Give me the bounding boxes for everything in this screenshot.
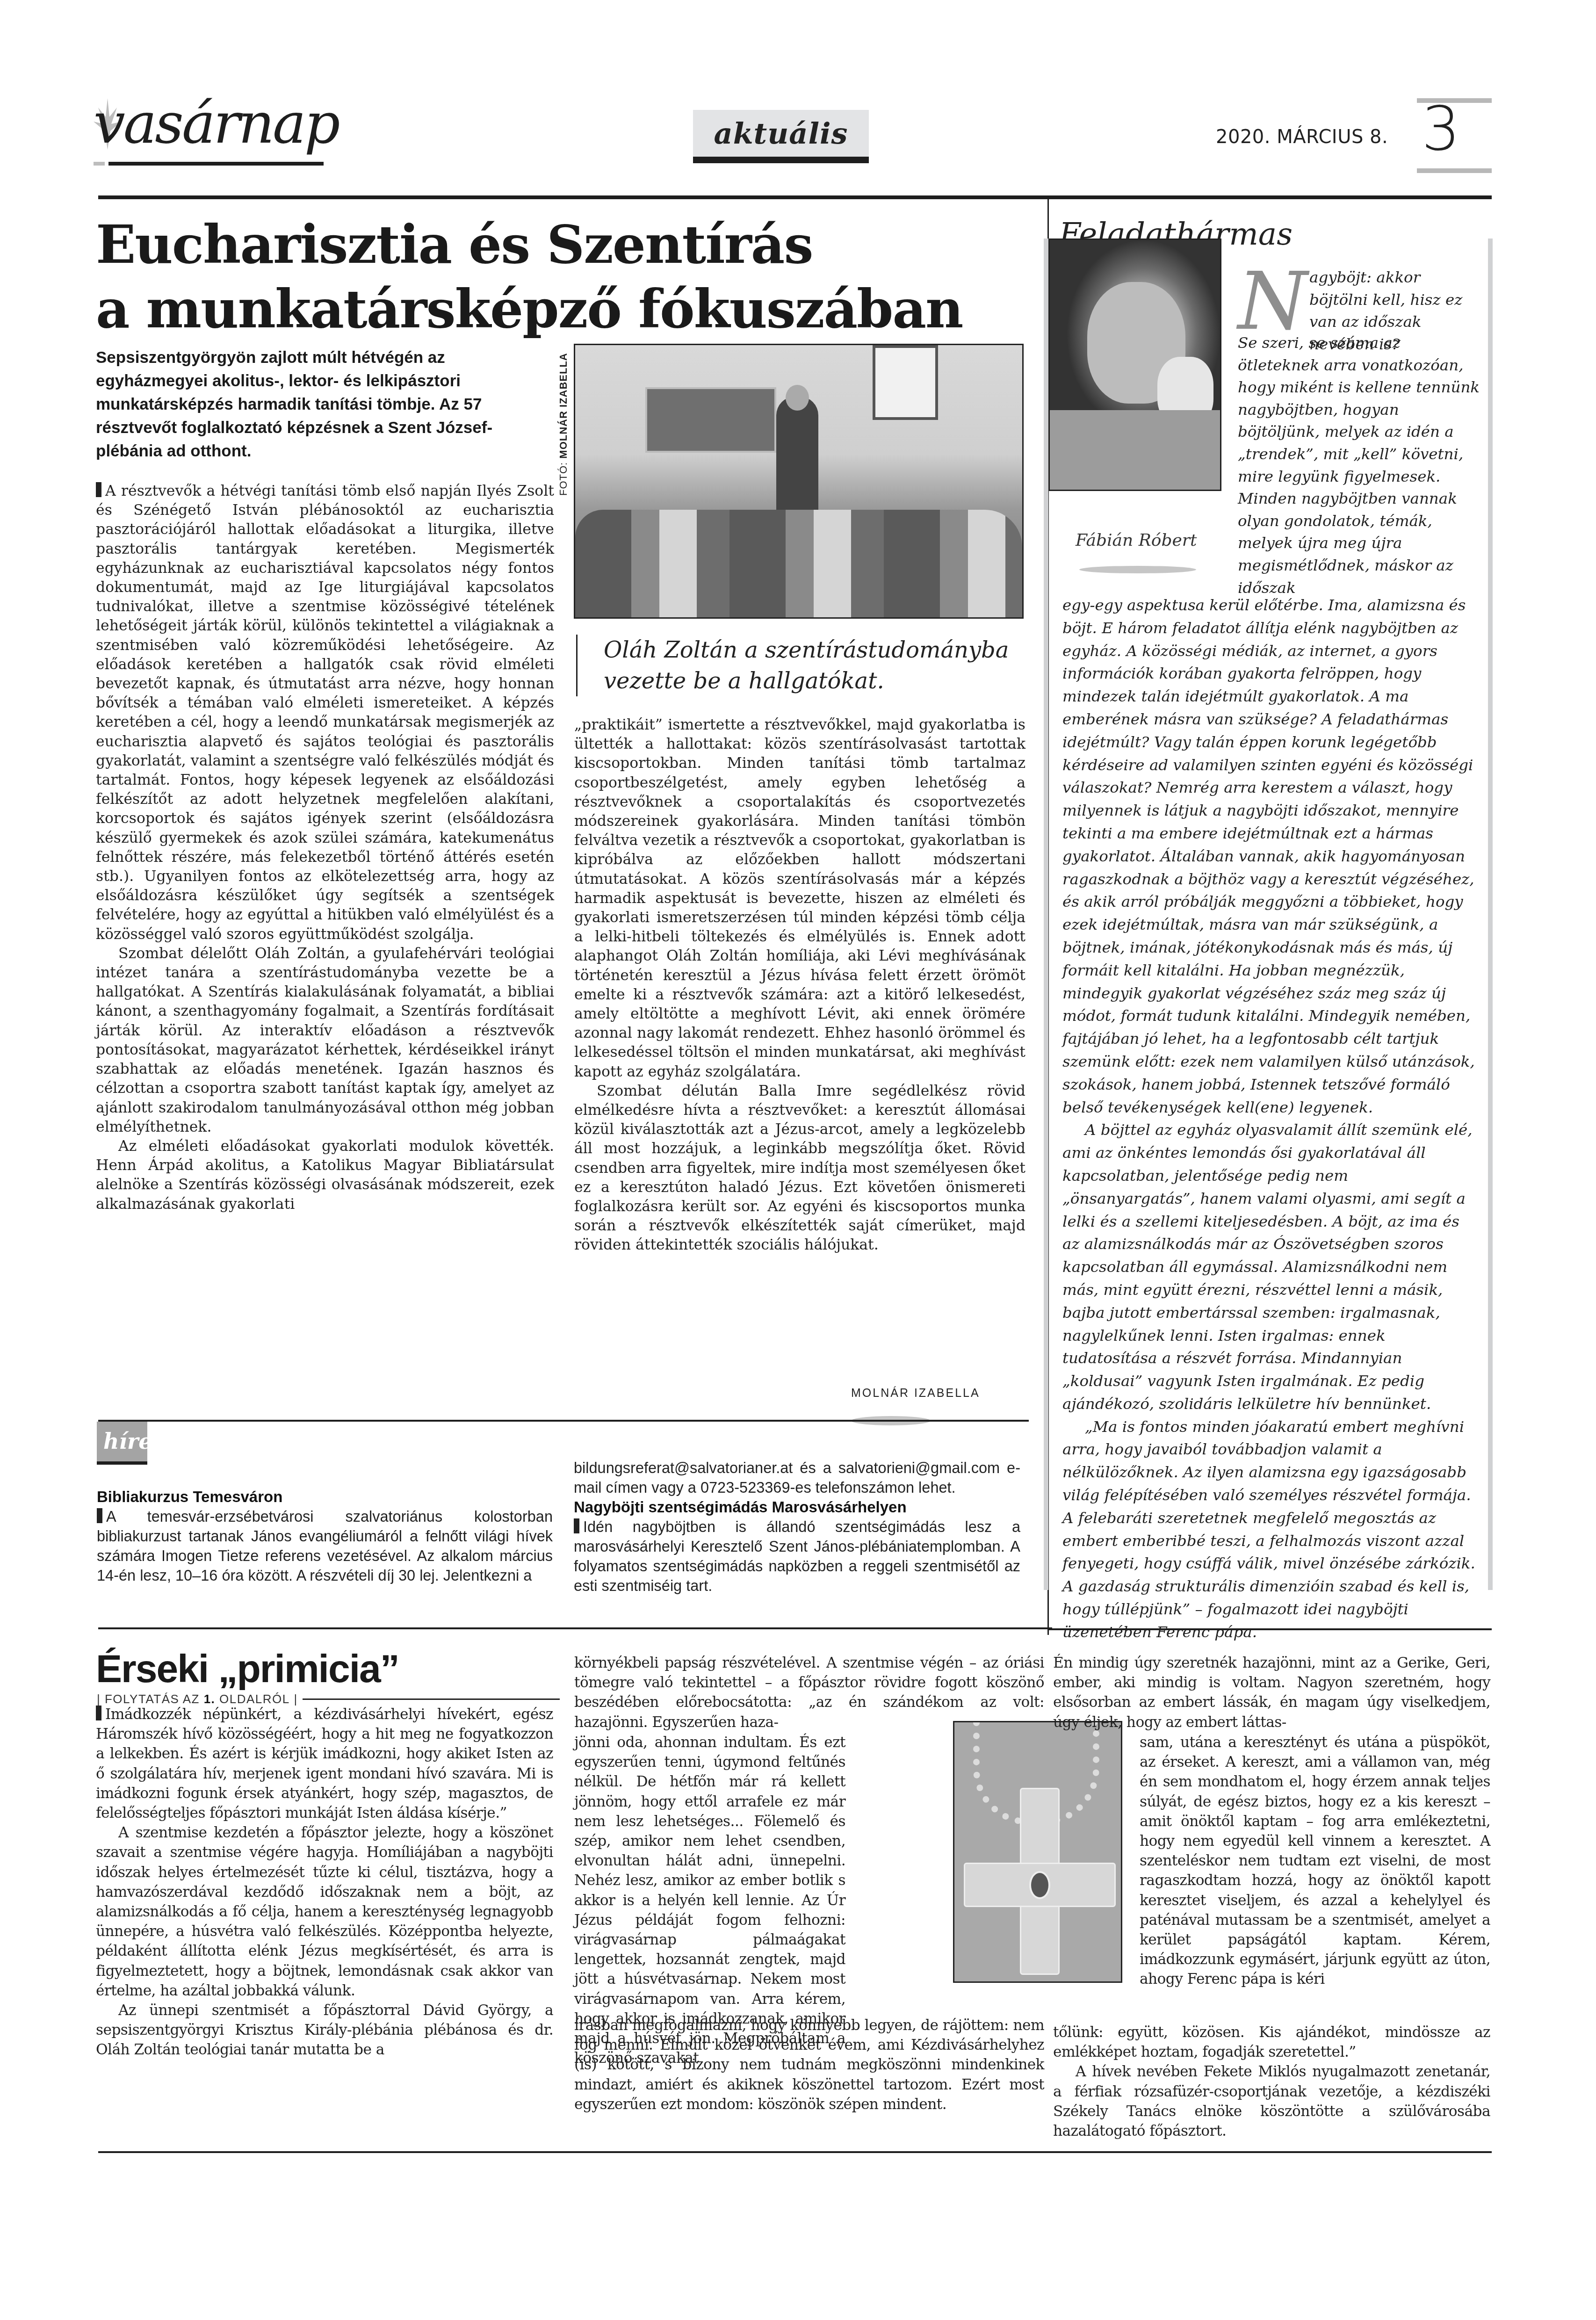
- lecture-photo: [574, 344, 1024, 619]
- news-item-title: Bibliakurzus Temesváron: [97, 1487, 553, 1507]
- continued-line: [303, 1698, 560, 1700]
- primicia-paragraph: tőlünk: együtt, közösen. Kis ajándékot, …: [1053, 2023, 1490, 2062]
- article-byline: MOLNÁR IZABELLA: [851, 1387, 980, 1400]
- primicia-column-3-top: Én mindig úgy szeretnék hazajönni, mint …: [1053, 1653, 1490, 1732]
- article-paragraph: „praktikáit” ismertette a résztvevőkkel,…: [574, 716, 1025, 1082]
- primicia-column-2-bottom: írásban megfogalmazni, hogy könnyebb leg…: [574, 2016, 1044, 2114]
- paragraph-marker: [96, 1706, 101, 1720]
- photo-caption: Oláh Zoltán a szentírástudományba vezett…: [576, 635, 1025, 696]
- primicia-paragraph: A szentmise kezdetén a főpásztor jelezte…: [96, 1823, 553, 2001]
- footer-rule: [98, 2151, 1492, 2153]
- news-item-body: Idén nagyböjtben is állandó szentségimád…: [574, 1518, 1020, 1594]
- article-column-2: „praktikáit” ismertette a résztvevőkkel,…: [574, 716, 1025, 1255]
- paragraph-marker: [97, 1508, 102, 1523]
- cross-photo: [953, 1721, 1122, 1983]
- opinion-intro-continued: Se szeri, se száma az ötleteknek arra vo…: [1238, 332, 1481, 599]
- opinion-paragraph: egy-egy aspektusa kerül előtérbe. Ima, a…: [1062, 594, 1479, 1119]
- news-item-body-continued: bildungsreferat@salvatorianer.at és a sa…: [574, 1458, 1020, 1497]
- article-lead: Sepsiszentgyörgyön zajlott múlt hétvégén…: [96, 346, 554, 463]
- news-item-body: A temesvár-erzsébetvárosi szalvatoriánus…: [97, 1508, 553, 1584]
- primicia-column-2-top: környékbeli papság részvételével. A szen…: [574, 1653, 1044, 1732]
- article-paragraph: Szombat délután Balla Imre segédlelkész …: [574, 1082, 1025, 1255]
- news-item-title: Nagyböjti szentségimádás Marosvásárhelye…: [574, 1497, 1020, 1517]
- article-paragraph: Az elméleti előadásokat gyakorlati modul…: [96, 1137, 554, 1214]
- drop-cap: N: [1238, 262, 1307, 341]
- headline-line-2: a munkatársképző fókuszában: [96, 279, 962, 340]
- news-item: Bibliakurzus Temesváron A temesvár-erzsé…: [97, 1487, 553, 1585]
- author-portrait: [1048, 239, 1221, 491]
- primicia-paragraph: Imádkozzék népünkért, a kézdivásárhelyi …: [96, 1706, 553, 1821]
- article-paragraph: A résztvevők a hétvégi tanítási tömb els…: [96, 483, 554, 943]
- section-rule: [98, 1627, 1052, 1629]
- opinion-body: egy-egy aspektusa kerül előtérbe. Ima, a…: [1062, 594, 1479, 1644]
- primicia-paragraph: Az ünnepi szentmisét a főpásztorral Dávi…: [96, 2001, 553, 2060]
- primicia-column-1: Imádkozzék népünkért, a kézdivásárhelyi …: [96, 1705, 553, 2060]
- photo-credit-name: MOLNÁR IZABELLA: [557, 353, 569, 458]
- primicia-column-3-bottom: tőlünk: együtt, közösen. Kis ajándékot, …: [1053, 2023, 1490, 2141]
- primicia-column-3-side: sam, utána a keresztényt és utána a püsp…: [1140, 1733, 1490, 1989]
- author-name-decoration: [1079, 566, 1196, 573]
- logo-underline-accent: [94, 162, 105, 166]
- section-rule: [1047, 1628, 1492, 1630]
- article-paragraph: Szombat délelőtt Oláh Zoltán, a gyulafeh…: [96, 944, 554, 1137]
- paragraph-marker: [96, 482, 101, 497]
- issue-date: 2020. MÁRCIUS 8.: [1216, 126, 1388, 148]
- article-headline: Eucharisztia és Szentírás a munkatárskép…: [96, 213, 1008, 342]
- article-column-1: A résztvevők a hétvégi tanítási tömb els…: [96, 482, 554, 1214]
- logo-underline: [108, 162, 324, 166]
- news-section-tag: hírek: [97, 1422, 147, 1465]
- opinion-paragraph: A böjttel az egyház olyasvalamit állít s…: [1062, 1119, 1479, 1415]
- header-rule: [98, 195, 1492, 199]
- primicia-headline: Érseki „primicia”: [96, 1646, 399, 1691]
- headline-line-1: Eucharisztia és Szentírás: [96, 214, 812, 275]
- author-name: Fábián Róbert: [1076, 531, 1197, 550]
- photo-credit-label: FOTÓ:: [557, 462, 569, 496]
- newspaper-logo: vasárnap: [94, 96, 338, 152]
- page-number-bar-bottom: [1417, 168, 1492, 173]
- paragraph-marker: [574, 1518, 579, 1533]
- opinion-paragraph: „Ma is fontos minden jóakaratú embert me…: [1062, 1416, 1479, 1644]
- primicia-paragraph: A hívek nevében Fekete Miklós nyugalmazo…: [1053, 2062, 1490, 2141]
- news-rule: [98, 1420, 1029, 1422]
- page-number: 3: [1422, 98, 1460, 159]
- news-column-2: bildungsreferat@salvatorianer.at és a sa…: [574, 1458, 1020, 1596]
- section-tag: aktuális: [693, 110, 869, 163]
- photo-credit: FOTÓ: MOLNÁR IZABELLA: [557, 353, 570, 496]
